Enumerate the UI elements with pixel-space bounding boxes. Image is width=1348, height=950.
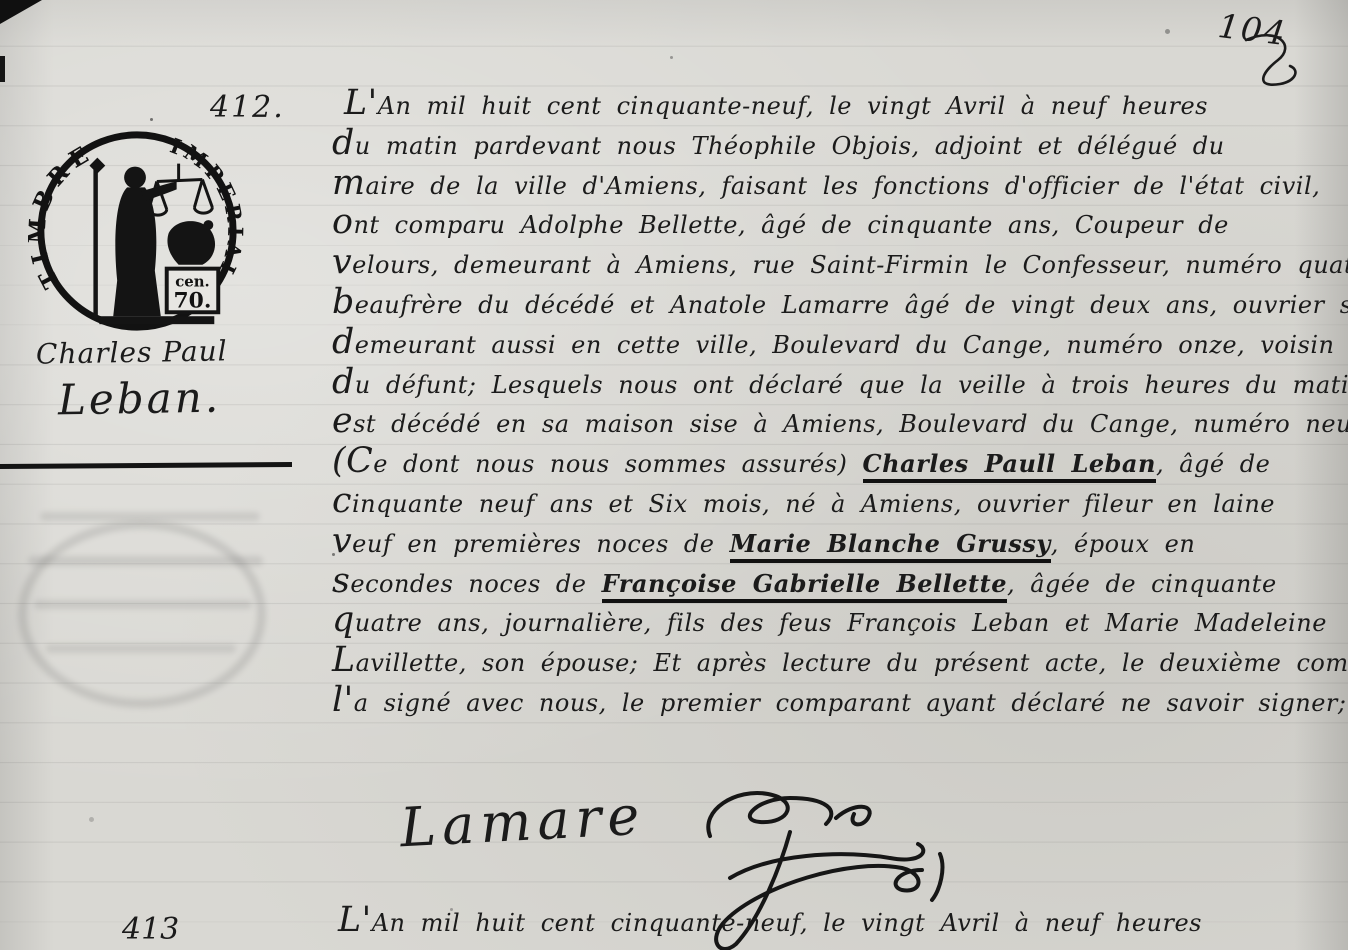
scan-edge-artifact [0, 56, 5, 82]
eagle-icon [167, 220, 215, 265]
revenue-stamp: TIMBRE IMPERIAL. cen. [28, 122, 246, 340]
act-text-line: quatre ans, journalière, fils des feus F… [332, 601, 1346, 641]
act-text-line: L'An mil huit cent cinquante-neuf, le vi… [332, 84, 1346, 124]
act-text-line: cinquante neuf ans et Six mois, né à Ami… [332, 482, 1346, 522]
next-act-first-line: L'An mil huit cent cinquante-neuf, le vi… [338, 900, 1348, 940]
act-text-line: ont comparu Adolphe Bellette, âgé de cin… [332, 203, 1346, 243]
act-text-line: velours, demeurant à Amiens, rue Saint-F… [332, 243, 1346, 283]
bleedthrough-ghost-line [28, 556, 263, 566]
death-act-text: L'An mil huit cent cinquante-neuf, le vi… [332, 84, 1346, 721]
act-text-line: secondes noces de Françoise Gabrielle Be… [332, 562, 1346, 602]
act-text-line: demeurant aussi en cette ville, Boulevar… [332, 323, 1346, 363]
bleedthrough-ghost-line [40, 512, 260, 521]
act-text-line: l'a signé avec nous, le premier comparan… [332, 681, 1346, 721]
stamp-base [99, 316, 214, 324]
bleedthrough-ghost-stamp [18, 520, 266, 708]
act-number: 412. [210, 90, 285, 125]
act-text-line: beaufrère du décédé et Anatole Lamarre â… [332, 283, 1346, 323]
stamp-value-amount: 70. [174, 288, 212, 313]
bleedthrough-ghost-line [34, 600, 252, 609]
signature-lamare: Lamare [399, 784, 647, 860]
act-text-line: (Ce dont nous nous sommes assurés) Charl… [332, 442, 1346, 482]
margin-deceased-surname: Leban. [58, 373, 222, 425]
act-text-line: du défunt; Lesquels nous ont déclaré que… [332, 363, 1346, 403]
bleedthrough-ghost-line [46, 644, 236, 653]
act-text-line: Lavillette, son épouse; Et après lecture… [332, 641, 1346, 681]
margin-deceased-firstnames: Charles Paul [36, 334, 228, 370]
stamp-text-timbre: TIMBRE [28, 139, 99, 293]
scan-specks [150, 118, 153, 121]
stamp-value-box: cen. 70. [165, 267, 220, 315]
act-text-line: est décédé en sa maison sise à Amiens, B… [332, 402, 1346, 442]
act-text-line: maire de la ville d'Amiens, faisant les … [332, 164, 1346, 204]
act-text-line: du matin pardevant nous Théophile Objois… [332, 124, 1346, 164]
page-number-flourish [1238, 32, 1308, 92]
act-text-line: veuf en premières noces de Marie Blanche… [332, 522, 1346, 562]
svg-text:TIMBRE: TIMBRE [28, 139, 99, 293]
next-act-number: 413 [122, 912, 179, 947]
